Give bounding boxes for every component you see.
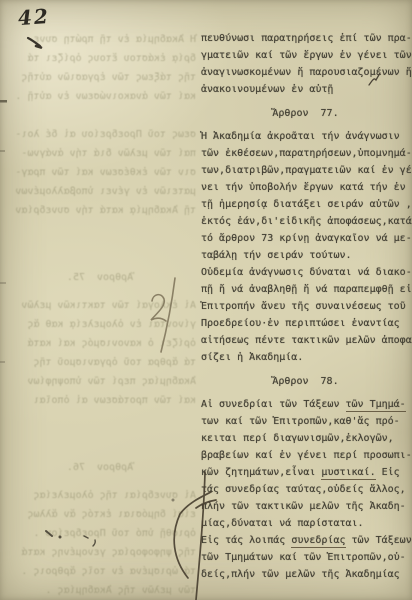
typed-line: νει τήν ὑποβολήν ἔργων κατά τήν ἐν: [201, 179, 410, 196]
bleedthrough-line: δρίᾳ ἑκάστου ἔτους ὁρίζει τά: [4, 49, 196, 68]
typed-text: Αἱ ἐκλογαί τῶν τακτικῶν μελῶν: [21, 300, 196, 311]
typed-text: τῆς τάξεως τῶν ἐργασιῶν αὐτῆς: [21, 72, 196, 83]
bleedthrough-line: καί τῶν ἀνακοινώσεων ἐν αὐτῇ .: [4, 87, 196, 106]
typed-text: τῇ Ἀκαδημίᾳ κατά τήν συνεδρίαν: [15, 205, 196, 216]
typed-text: τῶν ἐκθέσεων,παρατηρήσεων,ὑπομνημά-: [201, 148, 412, 159]
typed-text: εἰσί δημόσιαι ἐκτός ἄν ἄλλως: [27, 509, 196, 520]
bleedthrough-line: ὁρισθῇ ὑπό τοῦ Προεδρείου .: [4, 524, 196, 543]
article-heading: Ἄρθρον 77.: [201, 105, 410, 122]
bleedthrough-line: παί τῶν μελῶν διά τήν ἀνάγνω-: [4, 144, 196, 163]
typed-line: πευθύνωσι παρατηρήσεις ἐπί τῶν πρα-: [201, 30, 410, 47]
typed-text: Προεδρείου·ἐν περιπτώσει ἐναντίας: [201, 318, 400, 329]
typed-text: τῶν Τμημάτων καί τῶν Ἐπιτροπῶν,οὐ-: [201, 552, 406, 563]
typed-text: τά ὡρισμένα ἐν τοῖς ἄρθροις .: [21, 566, 196, 577]
typed-text: των καί τῶν Ἐπιτροπῶν,καθ'ἅς πρό-: [201, 416, 400, 427]
typed-line: Εἰς τάς λοιπάς συνεδρίας τῶν Τάξεων: [201, 532, 410, 549]
typed-text: κειται περί διαγωνισμῶν,ἐκλογῶν,: [201, 433, 394, 444]
typed-text: ὁρίζει ὁ κανονισμός καί κατά: [27, 338, 196, 349]
bleedthrough-line: σιν τῶν ἐκθέσεων καί τῶν πραγ-: [4, 163, 196, 182]
bleedthrough-line: καί τῶν προτάσεων αἱ ὁποῖαι: [4, 391, 196, 410]
bleedthrough-line: εἰσί δημόσιαι ἐκτός ἄν ἄλλως: [4, 505, 196, 524]
typed-line: σίζει ἡ Ἀκαδημία.: [201, 349, 410, 366]
article-heading: Ἄρθρον 78.: [201, 373, 410, 390]
typed-text: γματειῶν καί τῶν ἔργων ἐν γένει τῶν: [201, 50, 412, 61]
bleedthrough-line: τῶν μελῶν τῆς Ἀκαδημίας .: [4, 581, 196, 600]
typed-text: ἐκτός ἐάν,δι'εἰδικῆς ἀποφάσεως,κατά: [201, 216, 412, 227]
typed-text: σεως τοῦ Προεδρείου αἱ δέ λοι-: [15, 129, 196, 140]
typed-line: ἐκτός ἐάν,δι'εἰδικῆς ἀποφάσεως,κατά: [201, 213, 410, 230]
typed-text: Ἄρθρον 78.: [272, 376, 338, 387]
typed-text: πευθύνωσι παρατηρήσεις ἐπί τῶν πρα-: [201, 33, 412, 44]
bleedthrough-line: ματειῶν ἐν γένει ὑποβαλλομένων: [4, 182, 196, 201]
typed-line: ἀνακοινουμένων ἐν αὐτῇ: [201, 81, 410, 98]
typed-text: Εἰς: [376, 467, 400, 478]
typed-line: κειται περί διαγωνισμῶν,ἐκλογῶν,: [201, 430, 410, 447]
typed-line: των καί τῶν Ἐπιτροπῶν,καθ'ἅς πρό-: [201, 413, 410, 430]
typed-line: Αἱ συνεδρίαι τῶν Τάξεων τῶν Τμημά-: [201, 396, 410, 413]
typed-line: ἀναγινωσκομένων ἤ παρουσιαζομένων ἤ: [201, 64, 410, 81]
typed-text: Ἡ Ἀκαδημία ἐν τῇ πρώτῃ συνε-: [27, 34, 196, 45]
bleedthrough-line: ὁρίζει ὁ κανονισμός καί κατά: [4, 334, 196, 353]
typed-text: τό ἄρθρον 73 κρίνῃ ἀναγκαῖον νά με-: [201, 233, 412, 244]
typed-text: νει τήν ὑποβολήν ἔργων κατά τήν ἐν: [201, 182, 406, 193]
typed-text: Ἐπιτροπήν ἄνευ τῆς συναινέσεως τοῦ: [201, 301, 406, 312]
bleedthrough-line: [4, 106, 196, 125]
typed-text: Ἡ Ἀκαδημία ἀκροᾶται τήν ἀνάγνωσιν: [201, 131, 400, 142]
typed-text: καί τῶν προτάσεων αἱ ὁποῖαι: [33, 395, 196, 406]
typed-text: βραβείων καί ἐν γένει περί προσωπι-: [201, 450, 412, 461]
typed-text: Ἀκαδημίας περί τῶν ὑποψηφίων: [27, 376, 196, 387]
typed-text: Αἱ συνεδρίαι τῆς ὁλομελείας: [33, 490, 196, 501]
bleedthrough-line: Ἀκαδημίας περί τῶν ὑποψηφίων: [4, 372, 196, 391]
bleedthrough-text-column: Ἡ Ἀκαδημία ἐν τῇ πρώτῃ συνε-δρίᾳ ἑκάστου…: [4, 30, 196, 600]
bleedthrough-heading: Ἄρθρον 76.: [4, 458, 196, 477]
bleedthrough-line: τῆς ψηφοφορίας γενομένης κατά: [4, 543, 196, 562]
typed-line: μίας,δύναται νά παρίσταται.: [201, 515, 410, 532]
typed-line: βραβείων καί ἐν γένει περί προσωπι-: [201, 447, 410, 464]
typed-text: των,διατριβῶν,πραγματειῶν καί ἐν γέ-: [201, 165, 412, 176]
typed-text-column: πευθύνωσι παρατηρήσεις ἐπί τῶν πρα-γματε…: [201, 30, 410, 583]
typed-text: ταβάλῃ τήν σειράν τούτων.: [201, 250, 352, 261]
scanned-page: 42 Ἡ Ἀκαδημία ἐν τῇ πρώτῃ συνε-δρίᾳ ἑκάσ…: [0, 0, 412, 600]
typed-line: αἰτήσεως πέντε τακτικῶν μελῶν ἀποφα-: [201, 332, 410, 349]
bleedthrough-line: [4, 410, 196, 429]
bleedthrough-line: τῇ Ἀκαδημίᾳ κατά τήν συνεδρίαν: [4, 201, 196, 220]
typed-text: δρίᾳ ἑκάστου ἔτους ὁρίζει τά: [27, 53, 196, 64]
typed-line: τῶν Τμημάτων καί τῶν Ἐπιτροπῶν,οὐ-: [201, 549, 410, 566]
hand-underlined-text: συνεδρίας: [291, 535, 345, 548]
typed-line: τό ἄρθρον 73 κρίνῃ ἀναγκαῖον νά με-: [201, 230, 410, 247]
typed-text: τῶν μελῶν τῆς Ἀκαδημίας .: [45, 585, 196, 596]
typed-text: Εἰς τάς λοιπάς: [201, 535, 291, 546]
typed-text: αἰτήσεως πέντε τακτικῶν μελῶν ἀποφα-: [201, 335, 412, 346]
typed-line: τάς συνεδρίας ταύτας,οὐδείς ἄλλος,: [201, 481, 410, 498]
typed-text: καί τῶν ἀνακοινώσεων ἐν αὐτῇ .: [15, 91, 196, 102]
typed-text: Οὐδεμία ἀνάγνωσις δύναται νά διακο-: [201, 267, 412, 278]
bleedthrough-line: τά ὡρισμένα ἐν τοῖς ἄρθροις .: [4, 562, 196, 581]
typed-text: τάς συνεδρίας ταύτας,οὐδείς ἄλλος,: [201, 484, 406, 495]
typed-text: παί τῶν μελῶν διά τήν ἀνάγνω-: [21, 148, 196, 159]
bleedthrough-line: σεως τοῦ Προεδρείου αἱ δέ λοι-: [4, 125, 196, 144]
typed-text: Ἄρθρον 77.: [272, 108, 338, 119]
typed-text: κῶν ζητημάτων,εἶναι: [201, 467, 321, 478]
bleedthrough-line: Αἱ συνεδρίαι τῆς ὁλομελείας: [4, 486, 196, 505]
bleedthrough-line: [4, 429, 196, 448]
typed-text: γίνονται ἐν ὁλομελείᾳ καθ ἅς: [27, 319, 196, 330]
typed-line: Ἡ Ἀκαδημία ἀκροᾶται τήν ἀνάγνωσιν: [201, 128, 410, 145]
bleedthrough-line: τά ἄρθρα τοῦ ὀργανισμοῦ τῆς: [4, 353, 196, 372]
typed-line: τῇ ἡμερησίᾳ διατάξει σειράν αὐτῶν ,: [201, 196, 410, 213]
typed-line: των,διατριβῶν,πραγματειῶν καί ἐν γέ-: [201, 162, 410, 179]
typed-line: ταβάλῃ τήν σειράν τούτων.: [201, 247, 410, 264]
typed-line: πλήν τῶν τακτικῶν μελῶν τῆς Ἀκαδη-: [201, 498, 410, 515]
hand-underlined-text: τῶν Τμημά-: [346, 399, 406, 412]
bleedthrough-line: τῆς τάξεως τῶν ἐργασιῶν αὐτῆς: [4, 68, 196, 87]
typed-text: πλήν τῶν τακτικῶν μελῶν τῆς Ἀκαδη-: [201, 501, 406, 512]
typed-line: δείς,πλήν τῶν μελῶν τῆς Ἀκαδημίας: [201, 566, 410, 583]
typed-text: τῇ ἡμερησίᾳ διατάξει σειράν αὐτῶν ,: [201, 199, 412, 210]
typed-text: ἀναγινωσκομένων ἤ παρουσιαζομένων ἤ: [201, 67, 412, 78]
typed-text: ὁρισθῇ ὑπό τοῦ Προεδρείου .: [33, 528, 196, 539]
typed-line: κῶν ζητημάτων,εἶναι μυστικαί. Εἰς: [201, 464, 410, 481]
typed-line: Οὐδεμία ἀνάγνωσις δύναται νά διακο-: [201, 264, 410, 281]
typed-text: τά ἄρθρα τοῦ ὀργανισμοῦ τῆς: [33, 357, 196, 368]
typed-line: Ἐπιτροπήν ἄνευ τῆς συναινέσεως τοῦ: [201, 298, 410, 315]
typed-text: ἀνακοινουμένων ἐν αὐτῇ: [201, 84, 333, 95]
typed-text: ματειῶν ἐν γένει ὑποβαλλομένων: [15, 186, 196, 197]
typed-text: Αἱ συνεδρίαι τῶν Τάξεων: [201, 399, 346, 410]
page-number: 42: [17, 4, 50, 30]
typed-text: τῶν Τάξεων: [346, 535, 412, 546]
typed-text: μίας,δύναται νά παρίσταται.: [201, 518, 364, 529]
typed-text: σίζει ἡ Ἀκαδημία.: [201, 352, 303, 363]
hand-underlined-text: μυστικαί.: [321, 467, 375, 480]
typed-text: Ἄρθρον 76.: [67, 462, 133, 473]
bleedthrough-line: [4, 220, 196, 239]
bleedthrough-line: γίνονται ἐν ὁλομελείᾳ καθ ἅς: [4, 315, 196, 334]
typed-text: Ἄρθρον 75.: [67, 272, 133, 283]
bleedthrough-line: Αἱ ἐκλογαί τῶν τακτικῶν μελῶν: [4, 296, 196, 315]
typed-line: πῇ ἤ νά ἀναβληθῇ ἤ νά παραπεμφθῇ εἰς: [201, 281, 410, 298]
typed-text: τῆς ψηφοφορίας γενομένης κατά: [21, 547, 196, 558]
bleedthrough-line: [4, 239, 196, 258]
typed-text: πῇ ἤ νά ἀναβληθῇ ἤ νά παραπεμφθῇ εἰς: [201, 284, 412, 295]
typed-line: Προεδρείου·ἐν περιπτώσει ἐναντίας: [201, 315, 410, 332]
typed-text: σιν τῶν ἐκθέσεων καί τῶν πραγ-: [15, 167, 196, 178]
typed-text: δείς,πλήν τῶν μελῶν τῆς Ἀκαδημίας: [201, 569, 400, 580]
typed-line: γματειῶν καί τῶν ἔργων ἐν γένει τῶν: [201, 47, 410, 64]
typed-line: τῶν ἐκθέσεων,παρατηρήσεων,ὑπομνημά-: [201, 145, 410, 162]
bleedthrough-heading: Ἄρθρον 75.: [4, 268, 196, 287]
bleedthrough-line: Ἡ Ἀκαδημία ἐν τῇ πρώτῃ συνε-: [4, 30, 196, 49]
